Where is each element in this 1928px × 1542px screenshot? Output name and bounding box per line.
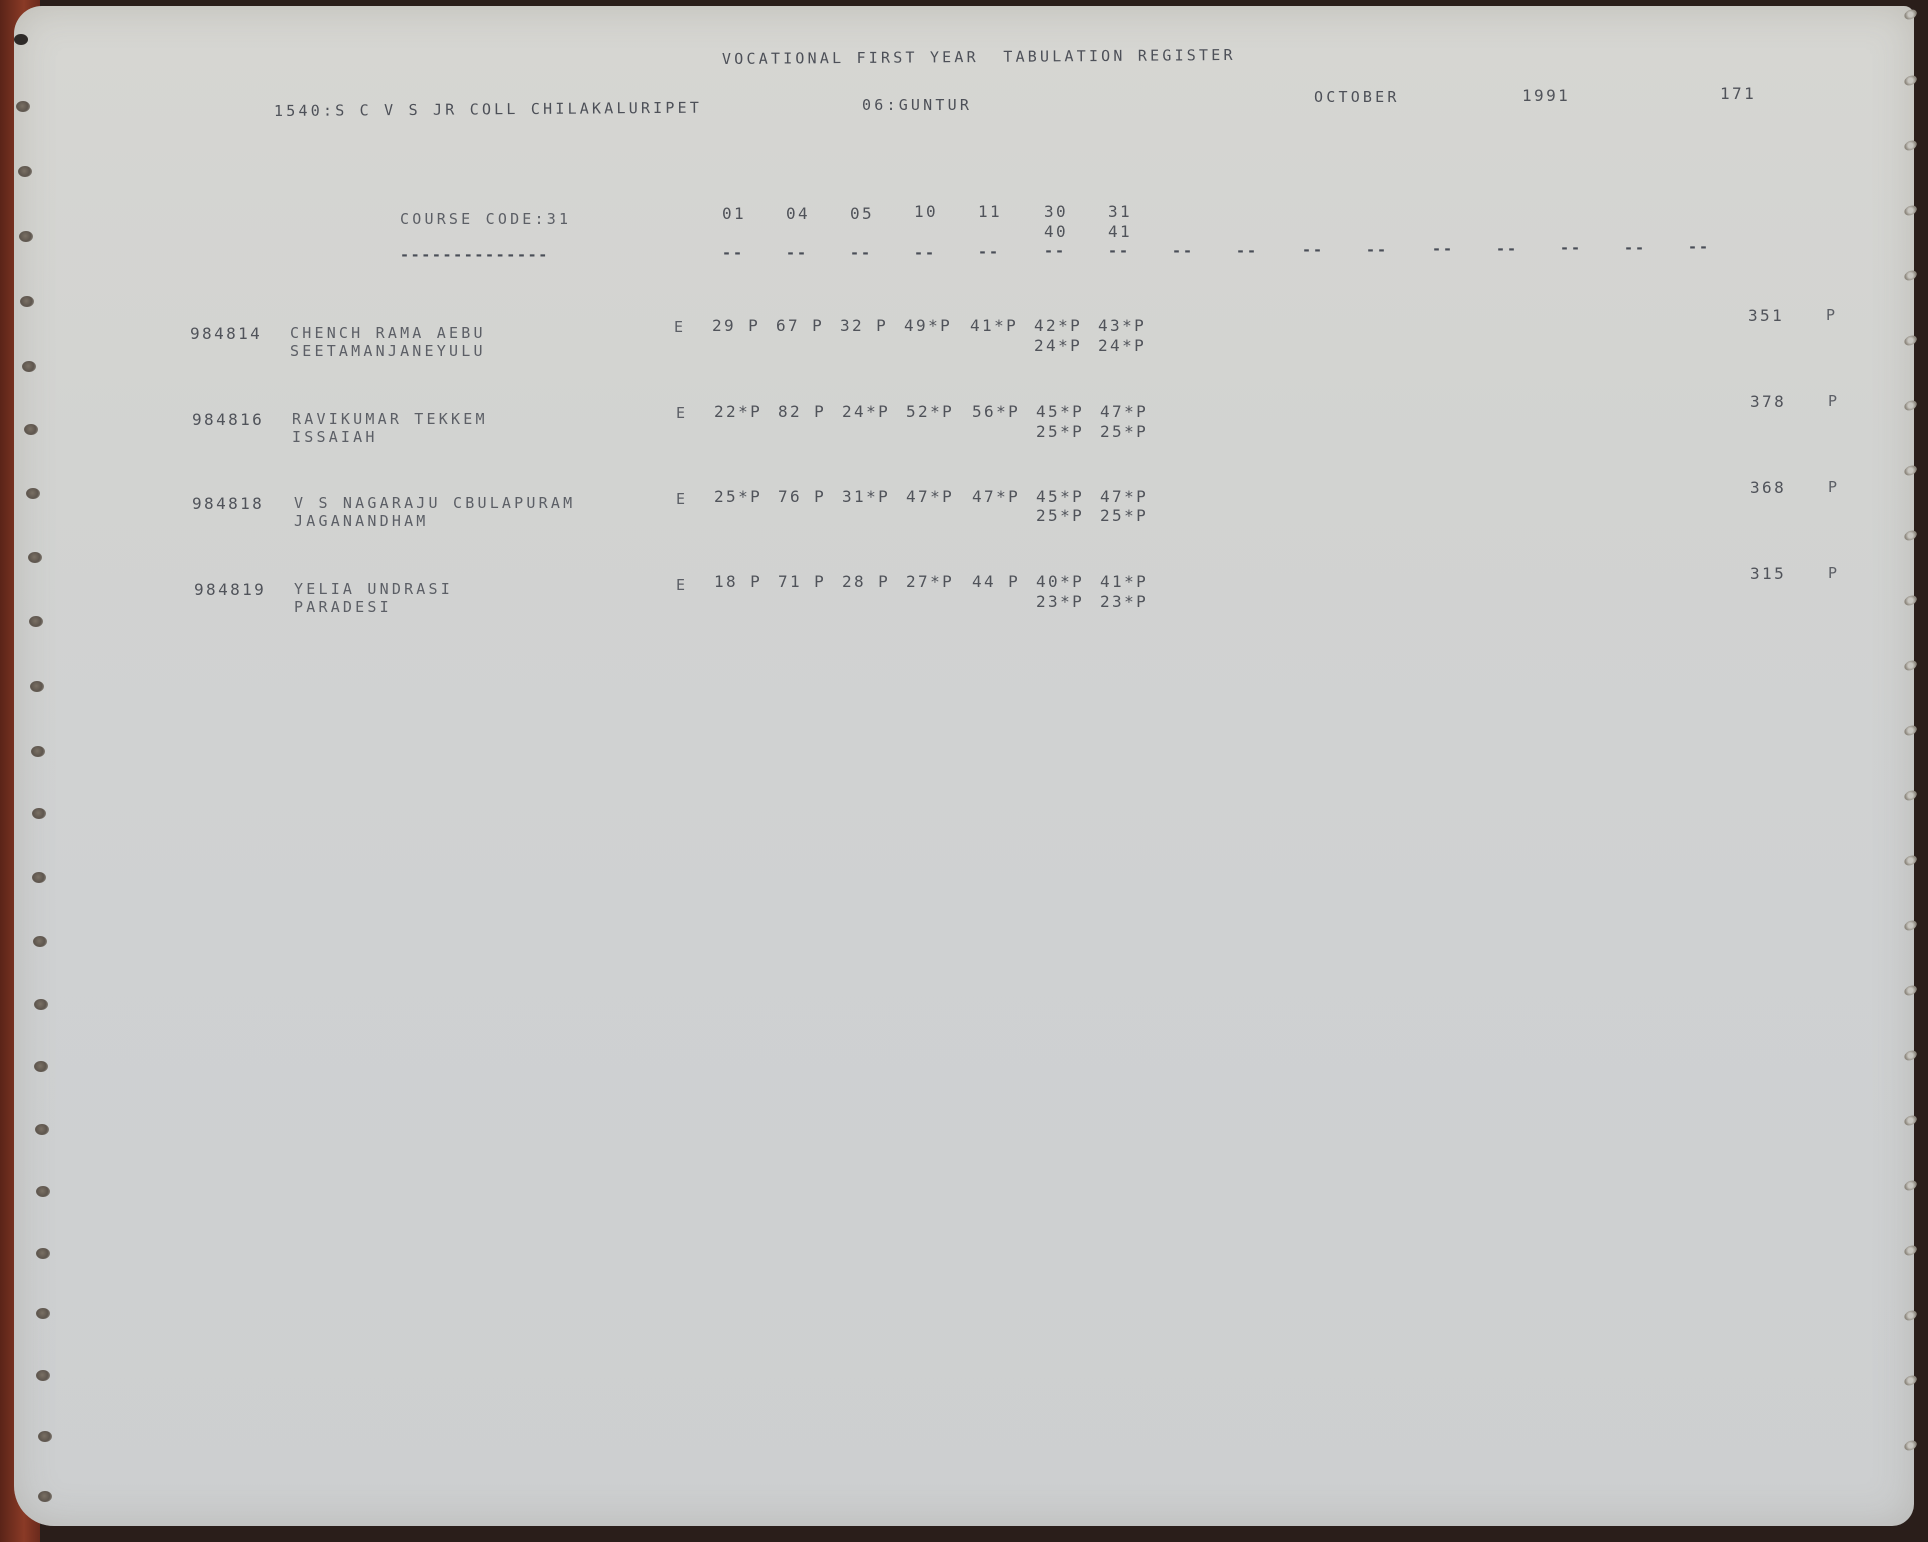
student-name-line1: CHENCH RAMA AEBU bbox=[290, 324, 486, 342]
hole-icon bbox=[36, 1308, 50, 1319]
hole-icon bbox=[1903, 919, 1919, 933]
hole-icon bbox=[38, 1431, 52, 1442]
subject-mark: 41*P bbox=[970, 316, 1018, 335]
subject-code: 04 bbox=[786, 204, 810, 223]
student-name-line1: RAVIKUMAR TEKKEM bbox=[292, 410, 488, 428]
subject-mark: 82 P bbox=[778, 402, 826, 421]
column-dash: -- bbox=[1044, 242, 1066, 260]
hole-icon bbox=[1903, 1244, 1919, 1258]
subject-mark: 40*P bbox=[1036, 572, 1084, 591]
hole-icon bbox=[20, 296, 34, 307]
printout-sheet: VOCATIONAL FIRST YEAR TABULATION REGISTE… bbox=[14, 6, 1914, 1526]
hole-icon bbox=[14, 34, 28, 45]
student-name-line2: ISSAIAH bbox=[292, 428, 378, 446]
hole-icon bbox=[1903, 789, 1919, 803]
column-dash: -- bbox=[1496, 240, 1518, 258]
hole-icon bbox=[1903, 139, 1919, 153]
hole-icon bbox=[26, 488, 40, 499]
student-name-line2: SEETAMANJANEYULU bbox=[290, 342, 486, 360]
column-dash: -- bbox=[1560, 239, 1582, 257]
result: P bbox=[1828, 564, 1840, 582]
subject-mark: 31*P bbox=[842, 487, 890, 506]
student-name-line1: V S NAGARAJU CBULAPURAM bbox=[294, 494, 575, 512]
report-title: VOCATIONAL FIRST YEAR TABULATION REGISTE… bbox=[722, 46, 1236, 68]
column-dash: -- bbox=[1236, 242, 1258, 260]
hole-icon bbox=[1903, 529, 1919, 543]
hole-icon bbox=[22, 361, 36, 372]
subject-mark: 71 P bbox=[778, 572, 826, 591]
hole-icon bbox=[1903, 1179, 1919, 1193]
hole-icon bbox=[1903, 399, 1919, 413]
subject-mark: 24*P bbox=[1098, 336, 1146, 355]
medium: E bbox=[676, 576, 688, 594]
column-dash: -- bbox=[1366, 241, 1388, 259]
hole-icon bbox=[19, 231, 33, 242]
subject-mark: 47*P bbox=[1100, 487, 1148, 506]
subject-mark: 32 P bbox=[840, 316, 888, 335]
hole-icon bbox=[34, 1061, 48, 1072]
hole-icon bbox=[38, 1491, 52, 1502]
subject-mark: 44 P bbox=[972, 572, 1020, 591]
hole-icon bbox=[33, 936, 47, 947]
subject-code: 05 bbox=[850, 204, 874, 223]
subject-mark: 29 P bbox=[712, 316, 760, 335]
total-marks: 378 bbox=[1750, 392, 1786, 411]
subject-mark: 28 P bbox=[842, 572, 890, 591]
subject-code: 10 bbox=[914, 202, 938, 221]
column-dash: -- bbox=[786, 244, 808, 262]
subject-mark: 23*P bbox=[1100, 592, 1148, 611]
hole-icon bbox=[1903, 74, 1919, 88]
column-dash: -- bbox=[1172, 242, 1194, 260]
hole-icon bbox=[16, 101, 30, 112]
total-marks: 315 bbox=[1750, 564, 1786, 583]
column-dash: -- bbox=[914, 244, 936, 262]
hole-icon bbox=[1903, 1374, 1919, 1388]
column-dash: -- bbox=[1624, 239, 1646, 257]
hole-icon bbox=[36, 1186, 50, 1197]
subject-mark: 27*P bbox=[906, 572, 954, 591]
hall-ticket-number: 984819 bbox=[194, 580, 266, 599]
subject-code: 01 bbox=[722, 204, 746, 223]
subject-mark: 45*P bbox=[1036, 402, 1084, 421]
column-dash: -- bbox=[1108, 242, 1130, 260]
hole-icon bbox=[1903, 854, 1919, 868]
hole-icon bbox=[1903, 594, 1919, 608]
college-name: 1540:S C V S JR COLL CHILAKALURIPET bbox=[274, 99, 702, 120]
subject-mark: 47*P bbox=[1100, 402, 1148, 421]
hole-icon bbox=[29, 616, 43, 627]
total-marks: 351 bbox=[1748, 306, 1784, 325]
hole-icon bbox=[1903, 204, 1919, 218]
student-name-line1: YELIA UNDRASI bbox=[294, 580, 453, 598]
hole-icon bbox=[36, 1248, 50, 1259]
hole-icon bbox=[1903, 269, 1919, 283]
subject-mark: 25*P bbox=[1100, 422, 1148, 441]
hole-icon bbox=[1903, 1049, 1919, 1063]
subject-mark: 18 P bbox=[714, 572, 762, 591]
hole-icon bbox=[35, 1124, 49, 1135]
subject-mark: 24*P bbox=[1034, 336, 1082, 355]
hole-icon bbox=[1903, 1439, 1919, 1453]
subject-mark: 25*P bbox=[1036, 422, 1084, 441]
hole-icon bbox=[18, 166, 32, 177]
district: 06:GUNTUR bbox=[862, 96, 972, 114]
subject-mark: 41*P bbox=[1100, 572, 1148, 591]
subject-mark: 47*P bbox=[906, 487, 954, 506]
subject-mark: 25*P bbox=[1036, 506, 1084, 525]
subject-mark: 24*P bbox=[842, 402, 890, 421]
subject-mark: 76 P bbox=[778, 487, 826, 506]
hole-icon bbox=[32, 808, 46, 819]
column-dash: -- bbox=[978, 243, 1000, 261]
course-code-underline: -------------- bbox=[400, 246, 549, 264]
subject-mark: 49*P bbox=[904, 316, 952, 335]
student-name-line2: JAGANANDHAM bbox=[294, 512, 429, 530]
hall-ticket-number: 984818 bbox=[192, 494, 264, 513]
course-code-label: COURSE CODE:31 bbox=[400, 210, 571, 228]
student-name-line2: PARADESI bbox=[294, 598, 392, 616]
hall-ticket-number: 984814 bbox=[190, 324, 262, 343]
subject-mark: 25*P bbox=[1100, 506, 1148, 525]
hole-icon bbox=[1903, 464, 1919, 478]
hole-icon bbox=[1903, 334, 1919, 348]
subject-code: 11 bbox=[978, 202, 1002, 221]
medium: E bbox=[674, 318, 686, 336]
hole-icon bbox=[36, 1370, 50, 1381]
hole-icon bbox=[32, 872, 46, 883]
exam-month: OCTOBER bbox=[1314, 88, 1400, 106]
column-dash: -- bbox=[1432, 240, 1454, 258]
result: P bbox=[1828, 478, 1840, 496]
subject-mark: 22*P bbox=[714, 402, 762, 421]
subject-mark: 56*P bbox=[972, 402, 1020, 421]
hole-icon bbox=[1903, 724, 1919, 738]
hole-icon bbox=[24, 424, 38, 435]
exam-year: 1991 bbox=[1522, 86, 1570, 105]
column-dash: -- bbox=[1688, 238, 1710, 256]
medium: E bbox=[676, 404, 688, 422]
column-dash: -- bbox=[850, 244, 872, 262]
hall-ticket-number: 984816 bbox=[192, 410, 264, 429]
subject-mark: 45*P bbox=[1036, 487, 1084, 506]
hole-icon bbox=[30, 681, 44, 692]
subject-mark: 42*P bbox=[1034, 316, 1082, 335]
subject-mark: 23*P bbox=[1036, 592, 1084, 611]
result: P bbox=[1828, 392, 1840, 410]
hole-icon bbox=[1903, 984, 1919, 998]
subject-mark: 47*P bbox=[972, 487, 1020, 506]
hole-icon bbox=[1903, 8, 1919, 22]
column-dash: -- bbox=[722, 244, 744, 262]
hole-icon bbox=[1903, 659, 1919, 673]
subject-code: 30 bbox=[1044, 202, 1068, 221]
subject-code: 40 bbox=[1044, 222, 1068, 241]
page-number: 171 bbox=[1720, 84, 1756, 103]
total-marks: 368 bbox=[1750, 478, 1786, 497]
subject-mark: 67 P bbox=[776, 316, 824, 335]
medium: E bbox=[676, 490, 688, 508]
hole-icon bbox=[28, 552, 42, 563]
subject-mark: 25*P bbox=[714, 487, 762, 506]
result: P bbox=[1826, 306, 1838, 324]
subject-code: 41 bbox=[1108, 222, 1132, 241]
hole-icon bbox=[1903, 1309, 1919, 1323]
column-dash: -- bbox=[1302, 241, 1324, 259]
subject-mark: 43*P bbox=[1098, 316, 1146, 335]
hole-icon bbox=[31, 746, 45, 757]
hole-icon bbox=[1903, 1114, 1919, 1128]
subject-code: 31 bbox=[1108, 202, 1132, 221]
subject-mark: 52*P bbox=[906, 402, 954, 421]
hole-icon bbox=[34, 999, 48, 1010]
